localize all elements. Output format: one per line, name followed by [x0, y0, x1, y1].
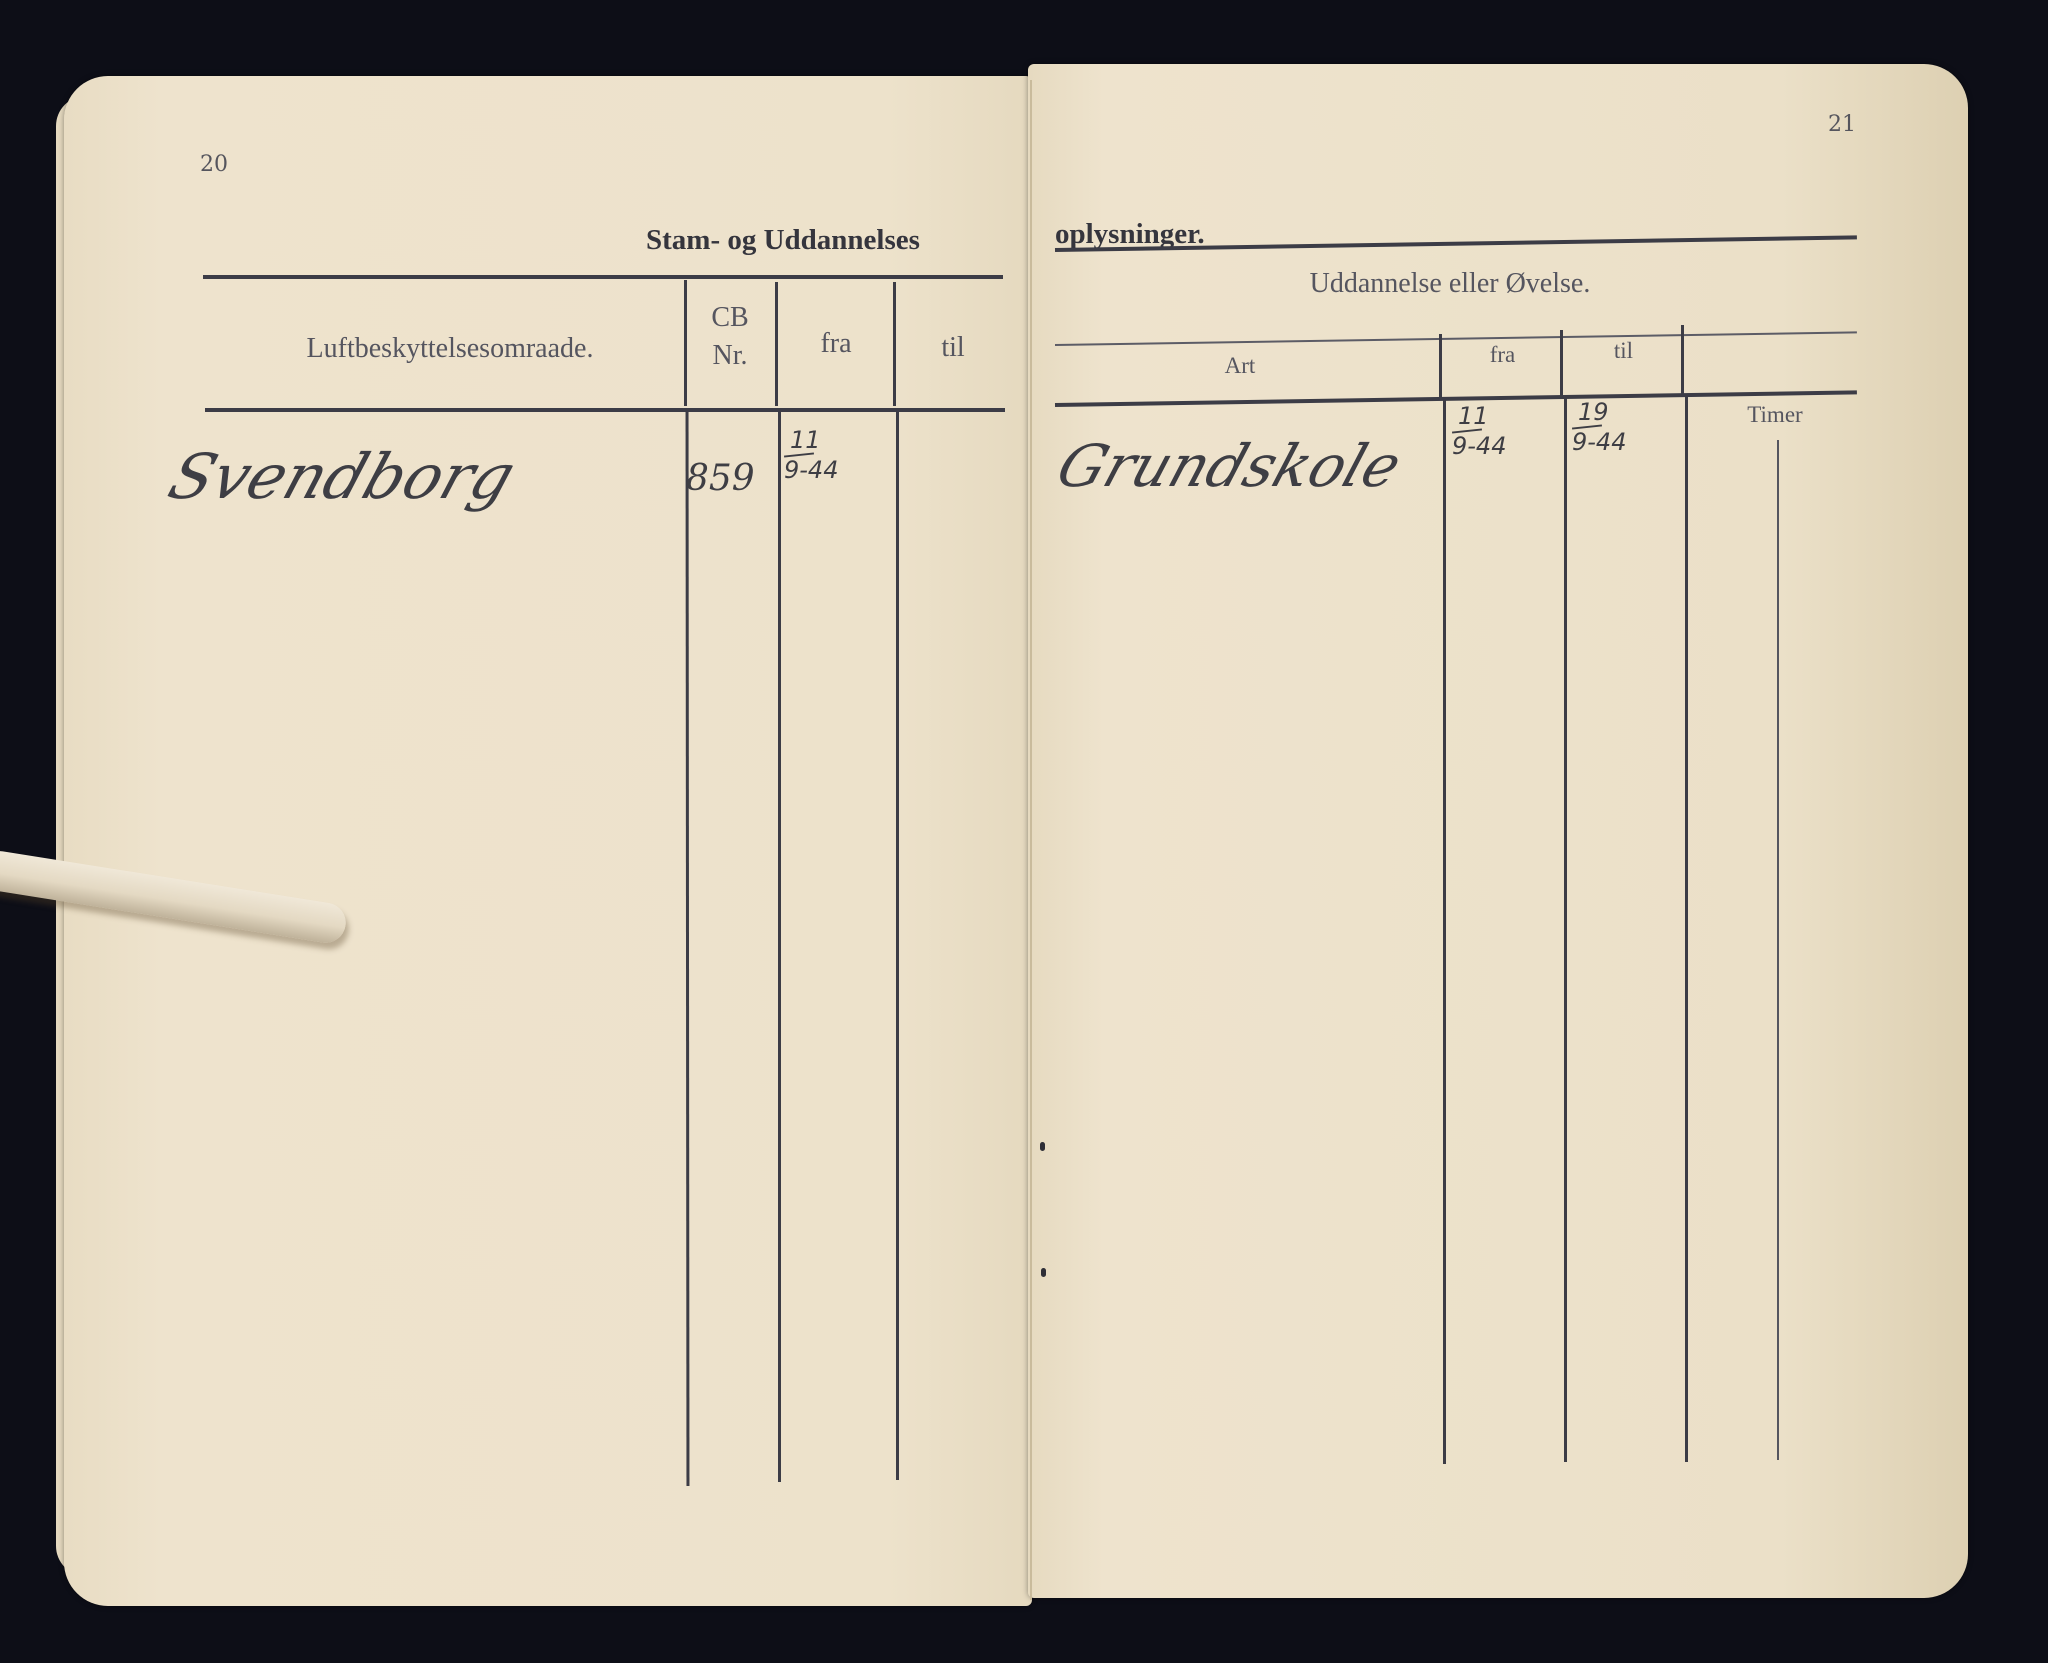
header-top-rule-left [203, 275, 1003, 279]
column-line-fra [778, 412, 781, 1482]
column-header-til: til [1566, 338, 1681, 364]
page-title-left: Stam- og Uddannelses [646, 224, 920, 257]
column-header-timer: Timer [1700, 402, 1850, 428]
page-number-right: 21 [1828, 112, 1856, 137]
column-line-timer [1777, 440, 1779, 1460]
column-line-til [896, 412, 899, 1480]
handwritten-date-fra-left: 11 9-44 [784, 428, 838, 482]
column-header-art: Art [1150, 353, 1330, 379]
binding-staple-icon [1040, 1142, 1045, 1151]
binding-staple-icon [1041, 1268, 1046, 1277]
column-header-fra: fra [1445, 342, 1560, 368]
group-header: Uddannelse eller Øvelse. [1200, 268, 1700, 300]
column-header-fra: fra [780, 328, 892, 360]
column-divider [775, 282, 778, 406]
header-bottom-rule-left [205, 408, 1005, 412]
handwritten-cb-nr: 859 [686, 458, 755, 499]
handwritten-omraade: Svendborg [160, 440, 524, 513]
column-line-fra [1564, 398, 1567, 1462]
left-page [64, 76, 1032, 1606]
column-line-til [1685, 396, 1688, 1462]
book-gutter [1030, 80, 1032, 1600]
column-divider [1681, 325, 1684, 395]
page-number-left: 20 [200, 152, 228, 177]
column-header-nr: Nr. [690, 340, 770, 372]
column-divider [893, 282, 896, 406]
column-header-cb: CB [690, 302, 770, 334]
column-header-omraade: Luftbeskyttelsesomraade. [250, 333, 650, 365]
column-divider [684, 280, 687, 406]
handwritten-date-til-right: 19 9-44 [1572, 400, 1626, 454]
column-header-til: til [898, 332, 1008, 364]
handwritten-art: Grundskole [1049, 432, 1410, 500]
handwritten-date-fra-right: 11 9-44 [1452, 404, 1506, 458]
column-divider [1439, 334, 1442, 400]
column-divider [1560, 330, 1563, 398]
column-line-art [1443, 400, 1446, 1464]
